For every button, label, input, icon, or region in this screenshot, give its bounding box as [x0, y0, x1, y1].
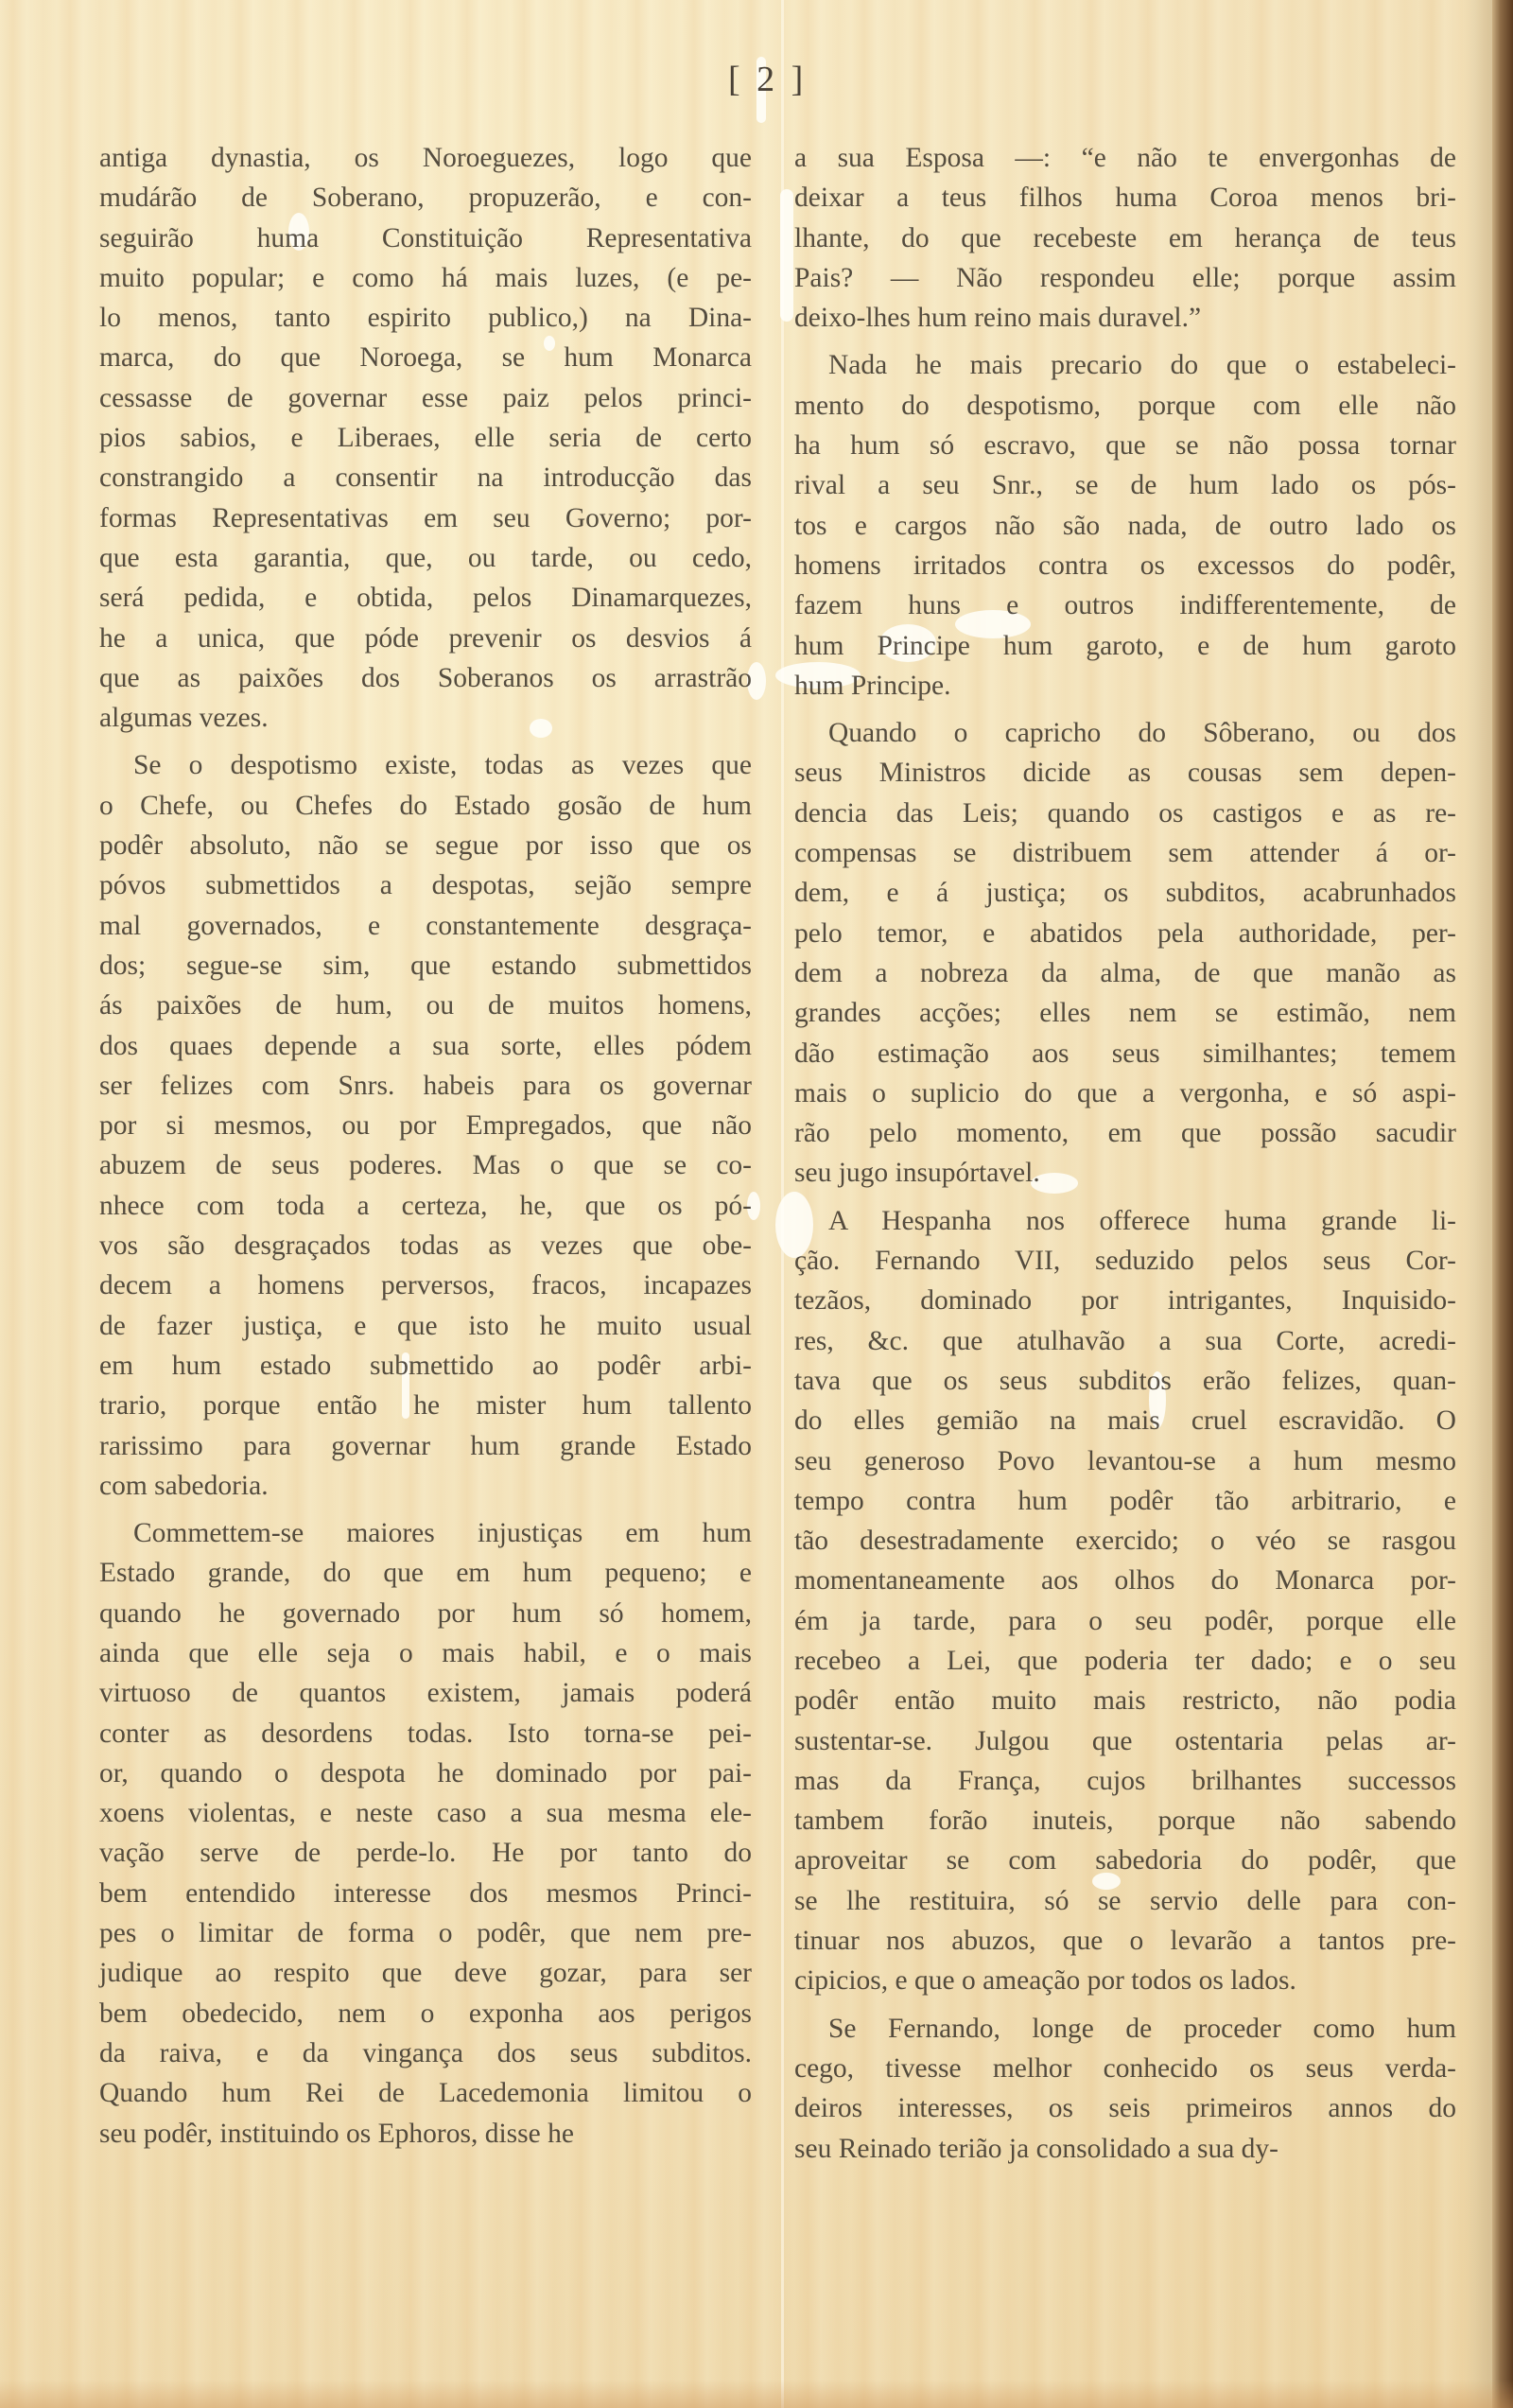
- paragraph: Se Fernando, longe de proceder como humc…: [794, 2009, 1456, 2169]
- text-line: ha hum só escravo, que se não possa torn…: [794, 426, 1456, 465]
- text-line: ser felizes com Snrs. habeis para os gov…: [99, 1066, 752, 1106]
- page-number: [ 2 ]: [728, 59, 807, 100]
- page-edge-shadow: [1464, 0, 1492, 2408]
- text-line: fazem huns e outros indifferentemente, d…: [794, 585, 1456, 625]
- paper-hole: [780, 189, 793, 322]
- text-line: constrangido a consentir na introducção …: [99, 458, 752, 497]
- text-line: Quando hum Rei de Lacedemonia limitou o: [99, 2073, 752, 2113]
- text-line: rival a seu Snr., se de hum lado os pós-: [794, 465, 1456, 505]
- text-line: marca, do que Noroega, se hum Monarca: [99, 338, 752, 377]
- text-line: res, &c. que atulhavão a sua Corte, acre…: [794, 1321, 1456, 1361]
- text-line: sustentar-se. Julgou que ostentaria pela…: [794, 1721, 1456, 1761]
- text-line: póvos submettidos a despotas, sejão semp…: [99, 865, 752, 905]
- text-line: que as paixões dos Soberanos os arrastrã…: [99, 658, 752, 698]
- text-line: dencia das Leis; quando os castigos e as…: [794, 794, 1456, 833]
- text-line: decem a homens perversos, fracos, incapa…: [99, 1265, 752, 1305]
- text-line: ás paixões de hum, ou de muitos homens,: [99, 986, 752, 1025]
- text-line: homens irritados contra os excessos do p…: [794, 546, 1456, 585]
- text-line: seguirão huma Constituição Representativ…: [99, 218, 752, 258]
- text-line: com sabedoria.: [99, 1466, 752, 1506]
- text-line: hum Principe.: [794, 666, 1456, 706]
- text-line: tambem forão inuteis, porque não sabendo: [794, 1801, 1456, 1841]
- text-line: abuzem de seus poderes. Mas o que se co-: [99, 1145, 752, 1185]
- paragraph-gap: [794, 338, 1456, 345]
- text-line: bem entendido interesse dos mesmos Princ…: [99, 1874, 752, 1913]
- text-line: xoens violentas, e neste caso a sua mesm…: [99, 1793, 752, 1833]
- text-line: lo menos, tanto espirito publico,) na Di…: [99, 298, 752, 338]
- text-line: algumas vezes.: [99, 698, 752, 738]
- text-line: seus Ministros dicide as cousas sem depe…: [794, 753, 1456, 793]
- text-line: vos são desgraçados todas as vezes que o…: [99, 1226, 752, 1265]
- text-line: Pais? — Não respondeu elle; porque assim: [794, 258, 1456, 298]
- text-line: mas da França, cujos brilhantes successo…: [794, 1761, 1456, 1801]
- paragraph: antiga dynastia, os Noroeguezes, logo qu…: [99, 138, 752, 738]
- text-line: virtuoso de quantos existem, jamais pode…: [99, 1673, 752, 1713]
- paragraph: Nada he mais precario do que o estabelec…: [794, 345, 1456, 706]
- text-line: tezãos, dominado por intrigantes, Inquis…: [794, 1281, 1456, 1320]
- text-line: Se Fernando, longe de proceder como hum: [794, 2009, 1456, 2049]
- text-line: grandes acções; elles nem se estimão, ne…: [794, 993, 1456, 1033]
- text-line: or, quando o despota he dominado por pai…: [99, 1754, 752, 1793]
- text-line: dão estimação aos seus similhantes; teme…: [794, 1034, 1456, 1073]
- text-line: o Chefe, ou Chefes do Estado gosão de hu…: [99, 786, 752, 826]
- text-line: recebeo a Lei, que poderia ter dado; e o…: [794, 1641, 1456, 1681]
- text-line: quando he governado por hum só homem,: [99, 1594, 752, 1633]
- text-line: deixar a teus filhos huma Coroa menos br…: [794, 178, 1456, 218]
- text-line: ainda que elle seja o mais habil, e o ma…: [99, 1633, 752, 1673]
- text-line: que esta garantia, que, ou tarde, ou ced…: [99, 538, 752, 578]
- text-line: antiga dynastia, os Noroeguezes, logo qu…: [99, 138, 752, 178]
- text-line: Se o despotismo existe, todas as vezes q…: [99, 745, 752, 785]
- text-line: por si mesmos, ou por Empregados, que nã…: [99, 1106, 752, 1145]
- text-line: rão pelo momento, em que possão sacudir: [794, 1113, 1456, 1153]
- text-line: cessasse de governar esse paiz pelos pri…: [99, 378, 752, 418]
- text-line: seu Reinado terião ja consolidado a sua …: [794, 2129, 1456, 2169]
- text-line: pelo temor, e abatidos pela authoridade,…: [794, 914, 1456, 953]
- text-line: mais o suplicio do que a vergonha, e só …: [794, 1073, 1456, 1113]
- text-line: tava que os seus subditos erão felizes, …: [794, 1361, 1456, 1401]
- paragraph: Commettem-se maiores injustiças em humEs…: [99, 1513, 752, 2154]
- text-line: mudárão de Soberano, propuzerão, e con-: [99, 178, 752, 218]
- text-line: ção. Fernando VII, seduzido pelos seus C…: [794, 1241, 1456, 1281]
- paragraph-gap: [794, 1194, 1456, 1201]
- paragraph-gap: [794, 2001, 1456, 2009]
- text-line: tos e cargos não são nada, de outro lado…: [794, 506, 1456, 546]
- text-line: Estado grande, do que em hum pequeno; e: [99, 1553, 752, 1593]
- text-line: Commettem-se maiores injustiças em hum: [99, 1513, 752, 1553]
- text-line: trario, porque então he mister hum talle…: [99, 1386, 752, 1425]
- text-line: hum Principe hum garoto, e de hum garoto: [794, 626, 1456, 666]
- text-line: dos; segue-se sim, que estando submettid…: [99, 946, 752, 986]
- text-line: de fazer justiça, e que isto he muito us…: [99, 1306, 752, 1346]
- text-line: cego, tivesse melhor conhecido os seus v…: [794, 2049, 1456, 2088]
- text-line: tempo contra hum podêr tão arbitrario, e: [794, 1481, 1456, 1521]
- text-line: conter as desordens todas. Isto torna-se…: [99, 1714, 752, 1754]
- text-line: tão desestradamente exercido; o véo se r…: [794, 1521, 1456, 1561]
- text-line: deiros interesses, os seis primeiros ann…: [794, 2088, 1456, 2128]
- text-line: muito popular; e como há mais luzes, (e …: [99, 258, 752, 298]
- text-line: Quando o capricho do Sôberano, ou dos: [794, 713, 1456, 753]
- text-line: dem, e á justiça; os subditos, acabrunha…: [794, 873, 1456, 913]
- text-line: pes o limitar de forma o podêr, que nem …: [99, 1913, 752, 1953]
- text-line: tinuar nos abuzos, que o levarão a tanto…: [794, 1921, 1456, 1961]
- text-line: pios sabios, e Liberaes, elle seria de c…: [99, 418, 752, 458]
- text-line: momentaneamente aos olhos do Monarca por…: [794, 1561, 1456, 1600]
- text-line: podêr absoluto, não se segue por isso qu…: [99, 826, 752, 865]
- text-line: lhante, do que recebeste em herança de t…: [794, 218, 1456, 258]
- text-line: a sua Esposa —: “e não te envergonhas de: [794, 138, 1456, 178]
- text-line: he a unica, que póde prevenir os desvios…: [99, 619, 752, 658]
- text-line: A Hespanha nos offerece huma grande li-: [794, 1201, 1456, 1241]
- text-line: mal governados, e constantemente desgraç…: [99, 906, 752, 946]
- text-line: nhece com toda a certeza, he, que os pó-: [99, 1186, 752, 1226]
- text-line: será pedida, e obtida, pelos Dinamarquez…: [99, 578, 752, 618]
- right-text-column: a sua Esposa —: “e não te envergonhas de…: [794, 138, 1456, 2169]
- text-line: dem a nobreza da alma, de que manão as: [794, 953, 1456, 993]
- text-line: Nada he mais precario do que o estabelec…: [794, 345, 1456, 385]
- text-line: mento do despotismo, porque com elle não: [794, 386, 1456, 426]
- text-line: seu podêr, instituindo os Ephoros, disse…: [99, 2114, 752, 2154]
- paragraph-gap: [99, 738, 752, 745]
- text-line: podêr então muito mais restricto, não po…: [794, 1681, 1456, 1720]
- text-line: judique ao respito que deve gozar, para …: [99, 1953, 752, 1993]
- text-line: seu jugo insupórtavel.: [794, 1153, 1456, 1193]
- text-line: do elles gemião na mais cruel escravidão…: [794, 1401, 1456, 1440]
- text-line: formas Representativas em seu Governo; p…: [99, 498, 752, 538]
- text-line: em hum estado submettido ao podêr arbi-: [99, 1346, 752, 1386]
- text-line: se lhe restituira, só se servio delle pa…: [794, 1881, 1456, 1921]
- text-line: vação serve de perde-lo. He por tanto do: [99, 1833, 752, 1873]
- text-line: aproveitar se com sabedoria do podêr, qu…: [794, 1841, 1456, 1880]
- text-line: da raiva, e da vingança dos seus subdito…: [99, 2033, 752, 2073]
- text-line: seu generoso Povo levantou-se a hum mesm…: [794, 1441, 1456, 1481]
- text-line: rarissimo para governar hum grande Estad…: [99, 1426, 752, 1466]
- text-line: dos quaes depende a sua sorte, elles pód…: [99, 1026, 752, 1066]
- text-line: deixo-lhes hum reino mais duravel.”: [794, 298, 1456, 338]
- text-line: bem obedecido, nem o exponha aos perigos: [99, 1994, 752, 2033]
- left-text-column: antiga dynastia, os Noroeguezes, logo qu…: [99, 138, 752, 2154]
- paragraph: A Hespanha nos offerece huma grande li-ç…: [794, 1201, 1456, 2001]
- paragraph: Quando o capricho do Sôberano, ou dosseu…: [794, 713, 1456, 1194]
- text-line: cipicios, e que o ameação por todos os l…: [794, 1961, 1456, 2000]
- paragraph: a sua Esposa —: “e não te envergonhas de…: [794, 138, 1456, 338]
- text-line: compensas se distribuem sem attender á o…: [794, 833, 1456, 873]
- bottom-stain: [0, 2380, 1513, 2408]
- paragraph-gap: [794, 706, 1456, 713]
- text-line: ém ja tarde, para o seu podêr, porque el…: [794, 1601, 1456, 1641]
- paragraph: Se o despotismo existe, todas as vezes q…: [99, 745, 752, 1506]
- binding-edge: [1492, 0, 1513, 2408]
- paragraph-gap: [99, 1506, 752, 1513]
